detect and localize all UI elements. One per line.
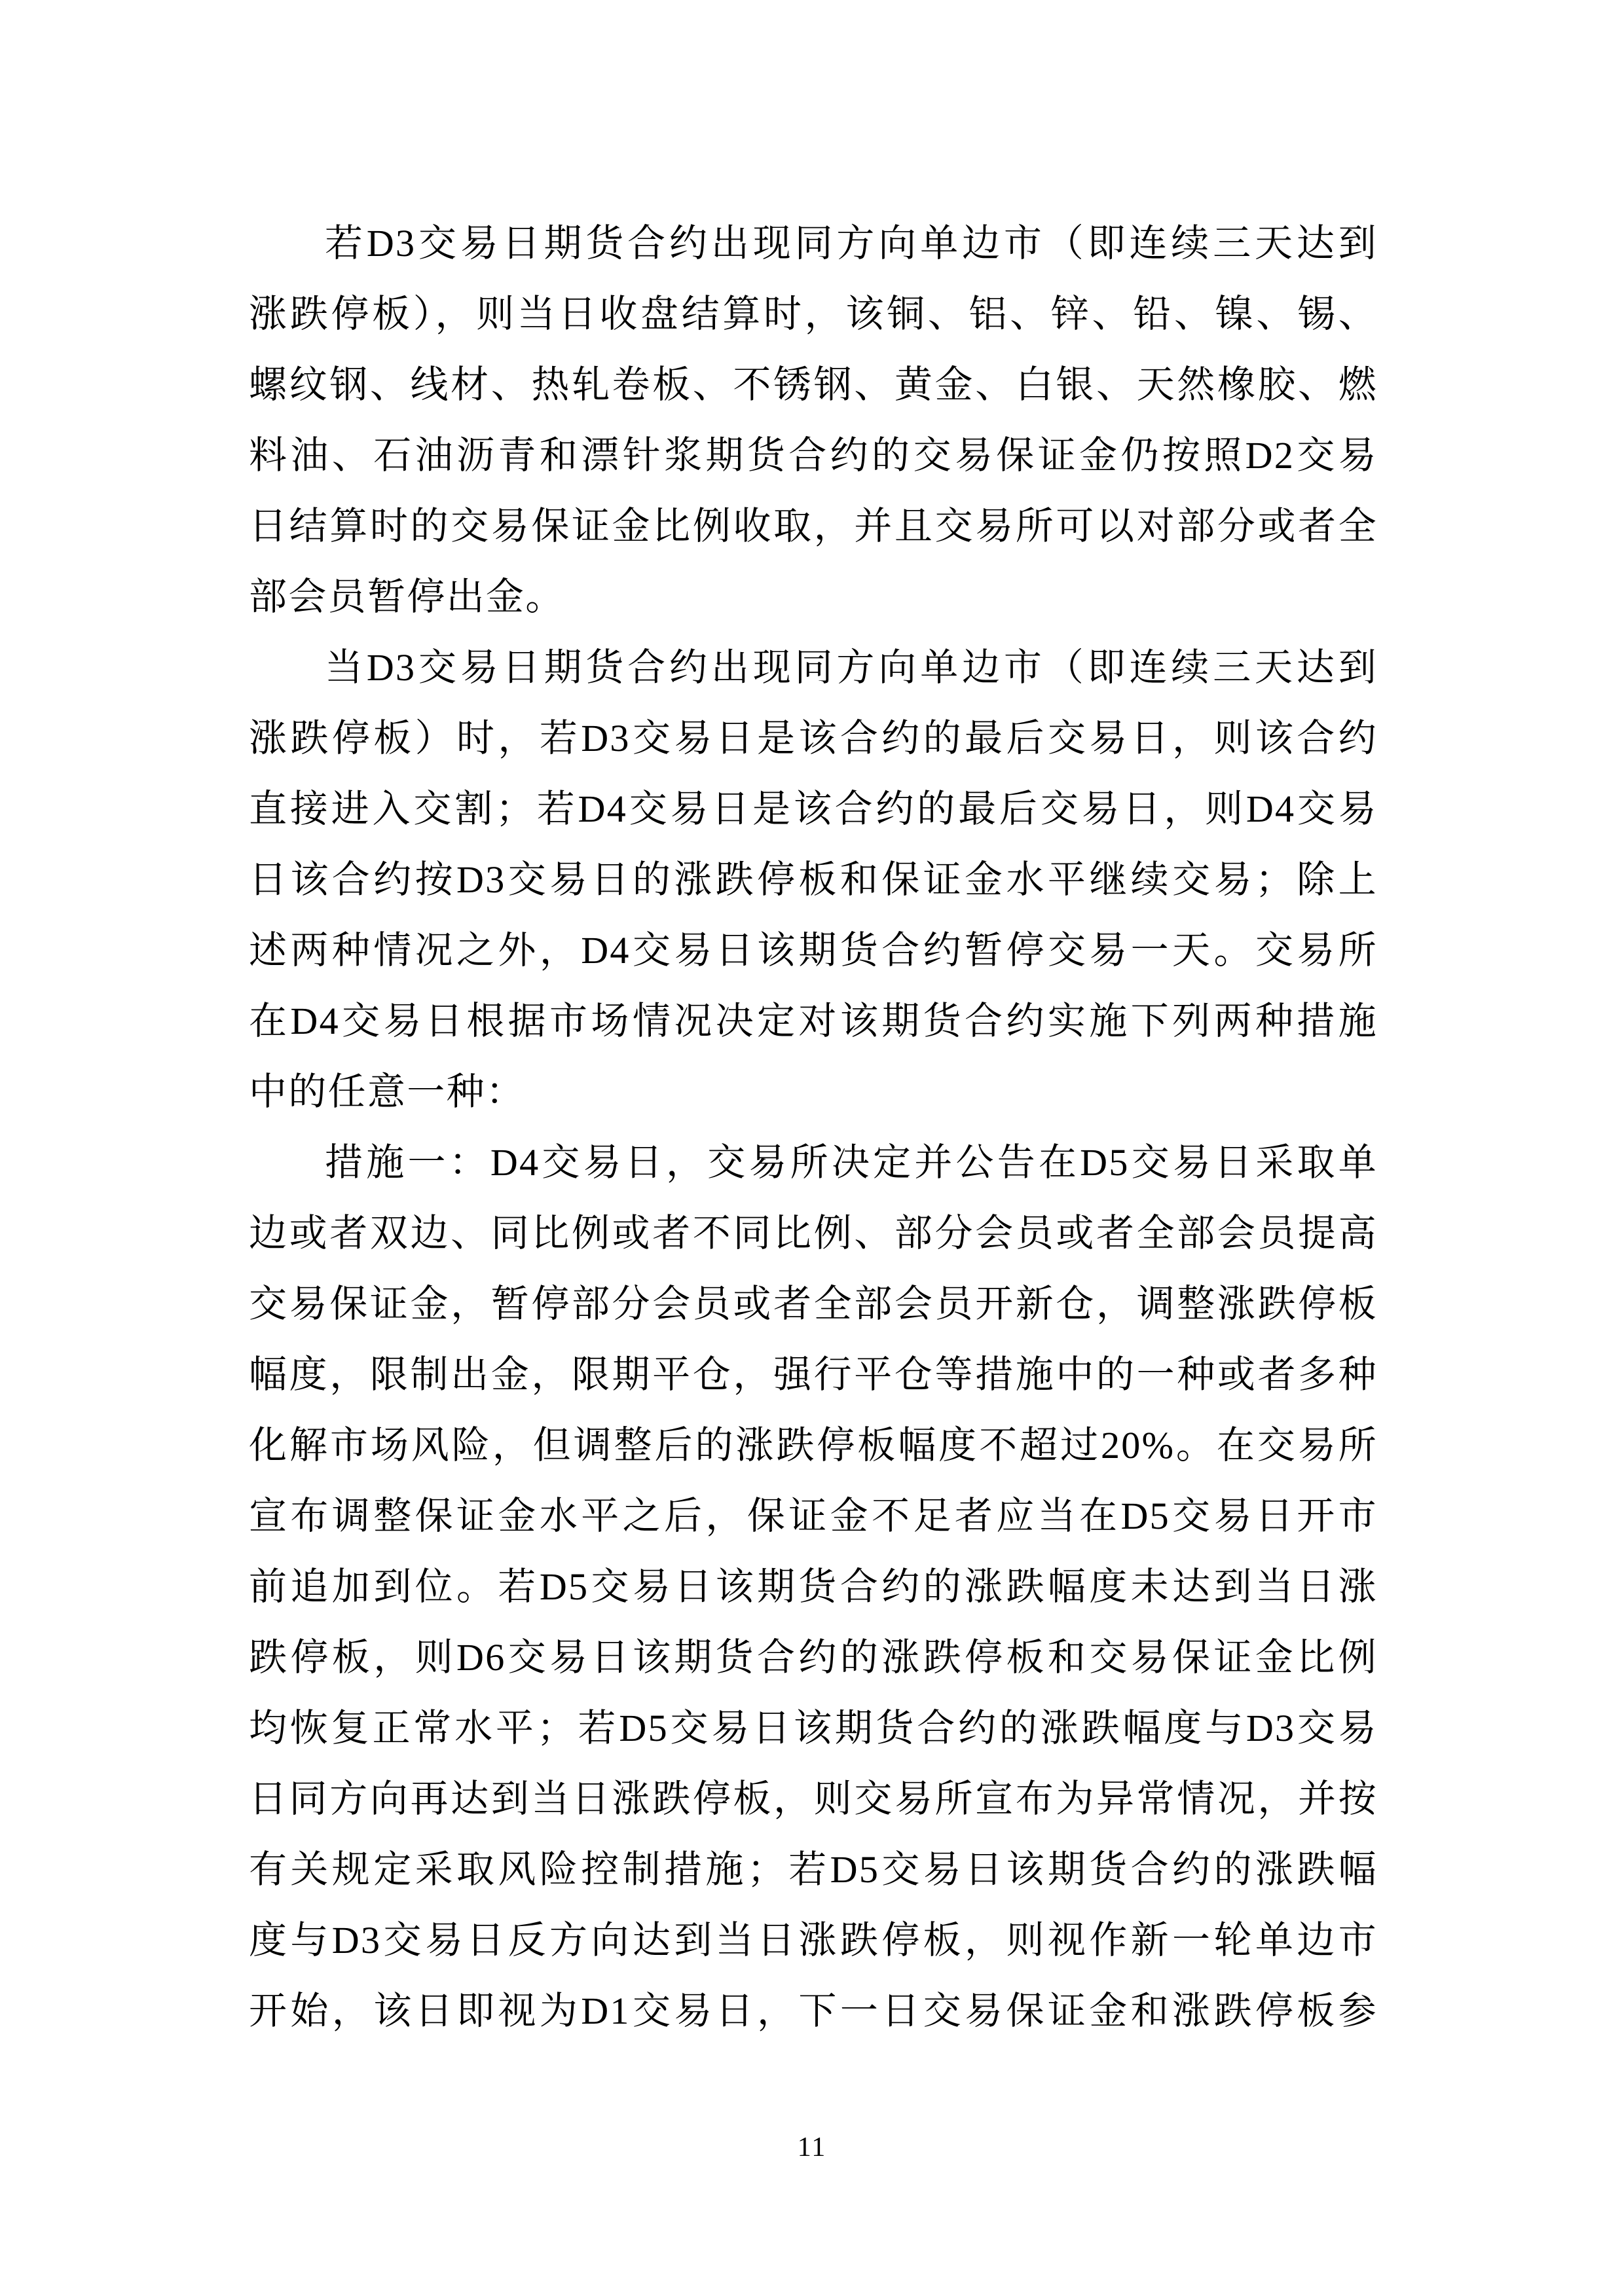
text-line: 料油、石油沥青和漂针浆期货合约的交易保证金仍按照D2交易 bbox=[249, 420, 1378, 491]
text-line: 宣布调整保证金水平之后，保证金不足者应当在D5交易日开市 bbox=[249, 1481, 1378, 1552]
text-line: 措施一：D4交易日，交易所决定并公告在D5交易日采取单 bbox=[249, 1127, 1378, 1198]
text-line: 部会员暂停出金。 bbox=[249, 562, 1378, 632]
document-page: 若D3交易日期货合约出现同方向单边市（即连续三天达到涨跌停板），则当日收盘结算时… bbox=[0, 0, 1624, 2296]
text-line: 开始，该日即视为D1交易日，下一日交易保证金和涨跌停板参 bbox=[249, 1976, 1378, 2047]
text-line: 螺纹钢、线材、热轧卷板、不锈钢、黄金、白银、天然橡胶、燃 bbox=[249, 350, 1378, 420]
text-line: 幅度，限制出金，限期平仓，强行平仓等措施中的一种或者多种 bbox=[249, 1339, 1378, 1410]
text-line: 边或者双边、同比例或者不同比例、部分会员或者全部会员提高 bbox=[249, 1198, 1378, 1269]
text-line: 当D3交易日期货合约出现同方向单边市（即连续三天达到 bbox=[249, 632, 1378, 703]
text-line: 中的任意一种： bbox=[249, 1057, 1378, 1127]
text-line: 化解市场风险，但调整后的涨跌停板幅度不超过20%。在交易所 bbox=[249, 1410, 1378, 1481]
text-line: 涨跌停板）时，若D3交易日是该合约的最后交易日，则该合约 bbox=[249, 703, 1378, 774]
text-line: 日同方向再达到当日涨跌停板，则交易所宣布为异常情况，并按 bbox=[249, 1764, 1378, 1834]
text-line: 若D3交易日期货合约出现同方向单边市（即连续三天达到 bbox=[249, 208, 1378, 279]
text-line: 直接进入交割；若D4交易日是该合约的最后交易日，则D4交易 bbox=[249, 774, 1378, 845]
text-line: 日该合约按D3交易日的涨跌停板和保证金水平继续交易；除上 bbox=[249, 845, 1378, 915]
page-number: 11 bbox=[0, 2132, 1624, 2163]
text-line: 述两种情况之外，D4交易日该期货合约暂停交易一天。交易所 bbox=[249, 915, 1378, 986]
document-body: 若D3交易日期货合约出现同方向单边市（即连续三天达到涨跌停板），则当日收盘结算时… bbox=[249, 208, 1378, 2047]
text-line: 前追加到位。若D5交易日该期货合约的涨跌幅度未达到当日涨 bbox=[249, 1552, 1378, 1622]
text-line: 均恢复正常水平；若D5交易日该期货合约的涨跌幅度与D3交易 bbox=[249, 1693, 1378, 1764]
text-line: 日结算时的交易保证金比例收取，并且交易所可以对部分或者全 bbox=[249, 491, 1378, 562]
text-line: 涨跌停板），则当日收盘结算时，该铜、铝、锌、铅、镍、锡、 bbox=[249, 279, 1378, 350]
text-line: 在D4交易日根据市场情况决定对该期货合约实施下列两种措施 bbox=[249, 986, 1378, 1057]
text-line: 度与D3交易日反方向达到当日涨跌停板，则视作新一轮单边市 bbox=[249, 1905, 1378, 1976]
text-line: 跌停板，则D6交易日该期货合约的涨跌停板和交易保证金比例 bbox=[249, 1622, 1378, 1693]
text-line: 有关规定采取风险控制措施；若D5交易日该期货合约的涨跌幅 bbox=[249, 1834, 1378, 1905]
text-line: 交易保证金，暂停部分会员或者全部会员开新仓，调整涨跌停板 bbox=[249, 1269, 1378, 1339]
